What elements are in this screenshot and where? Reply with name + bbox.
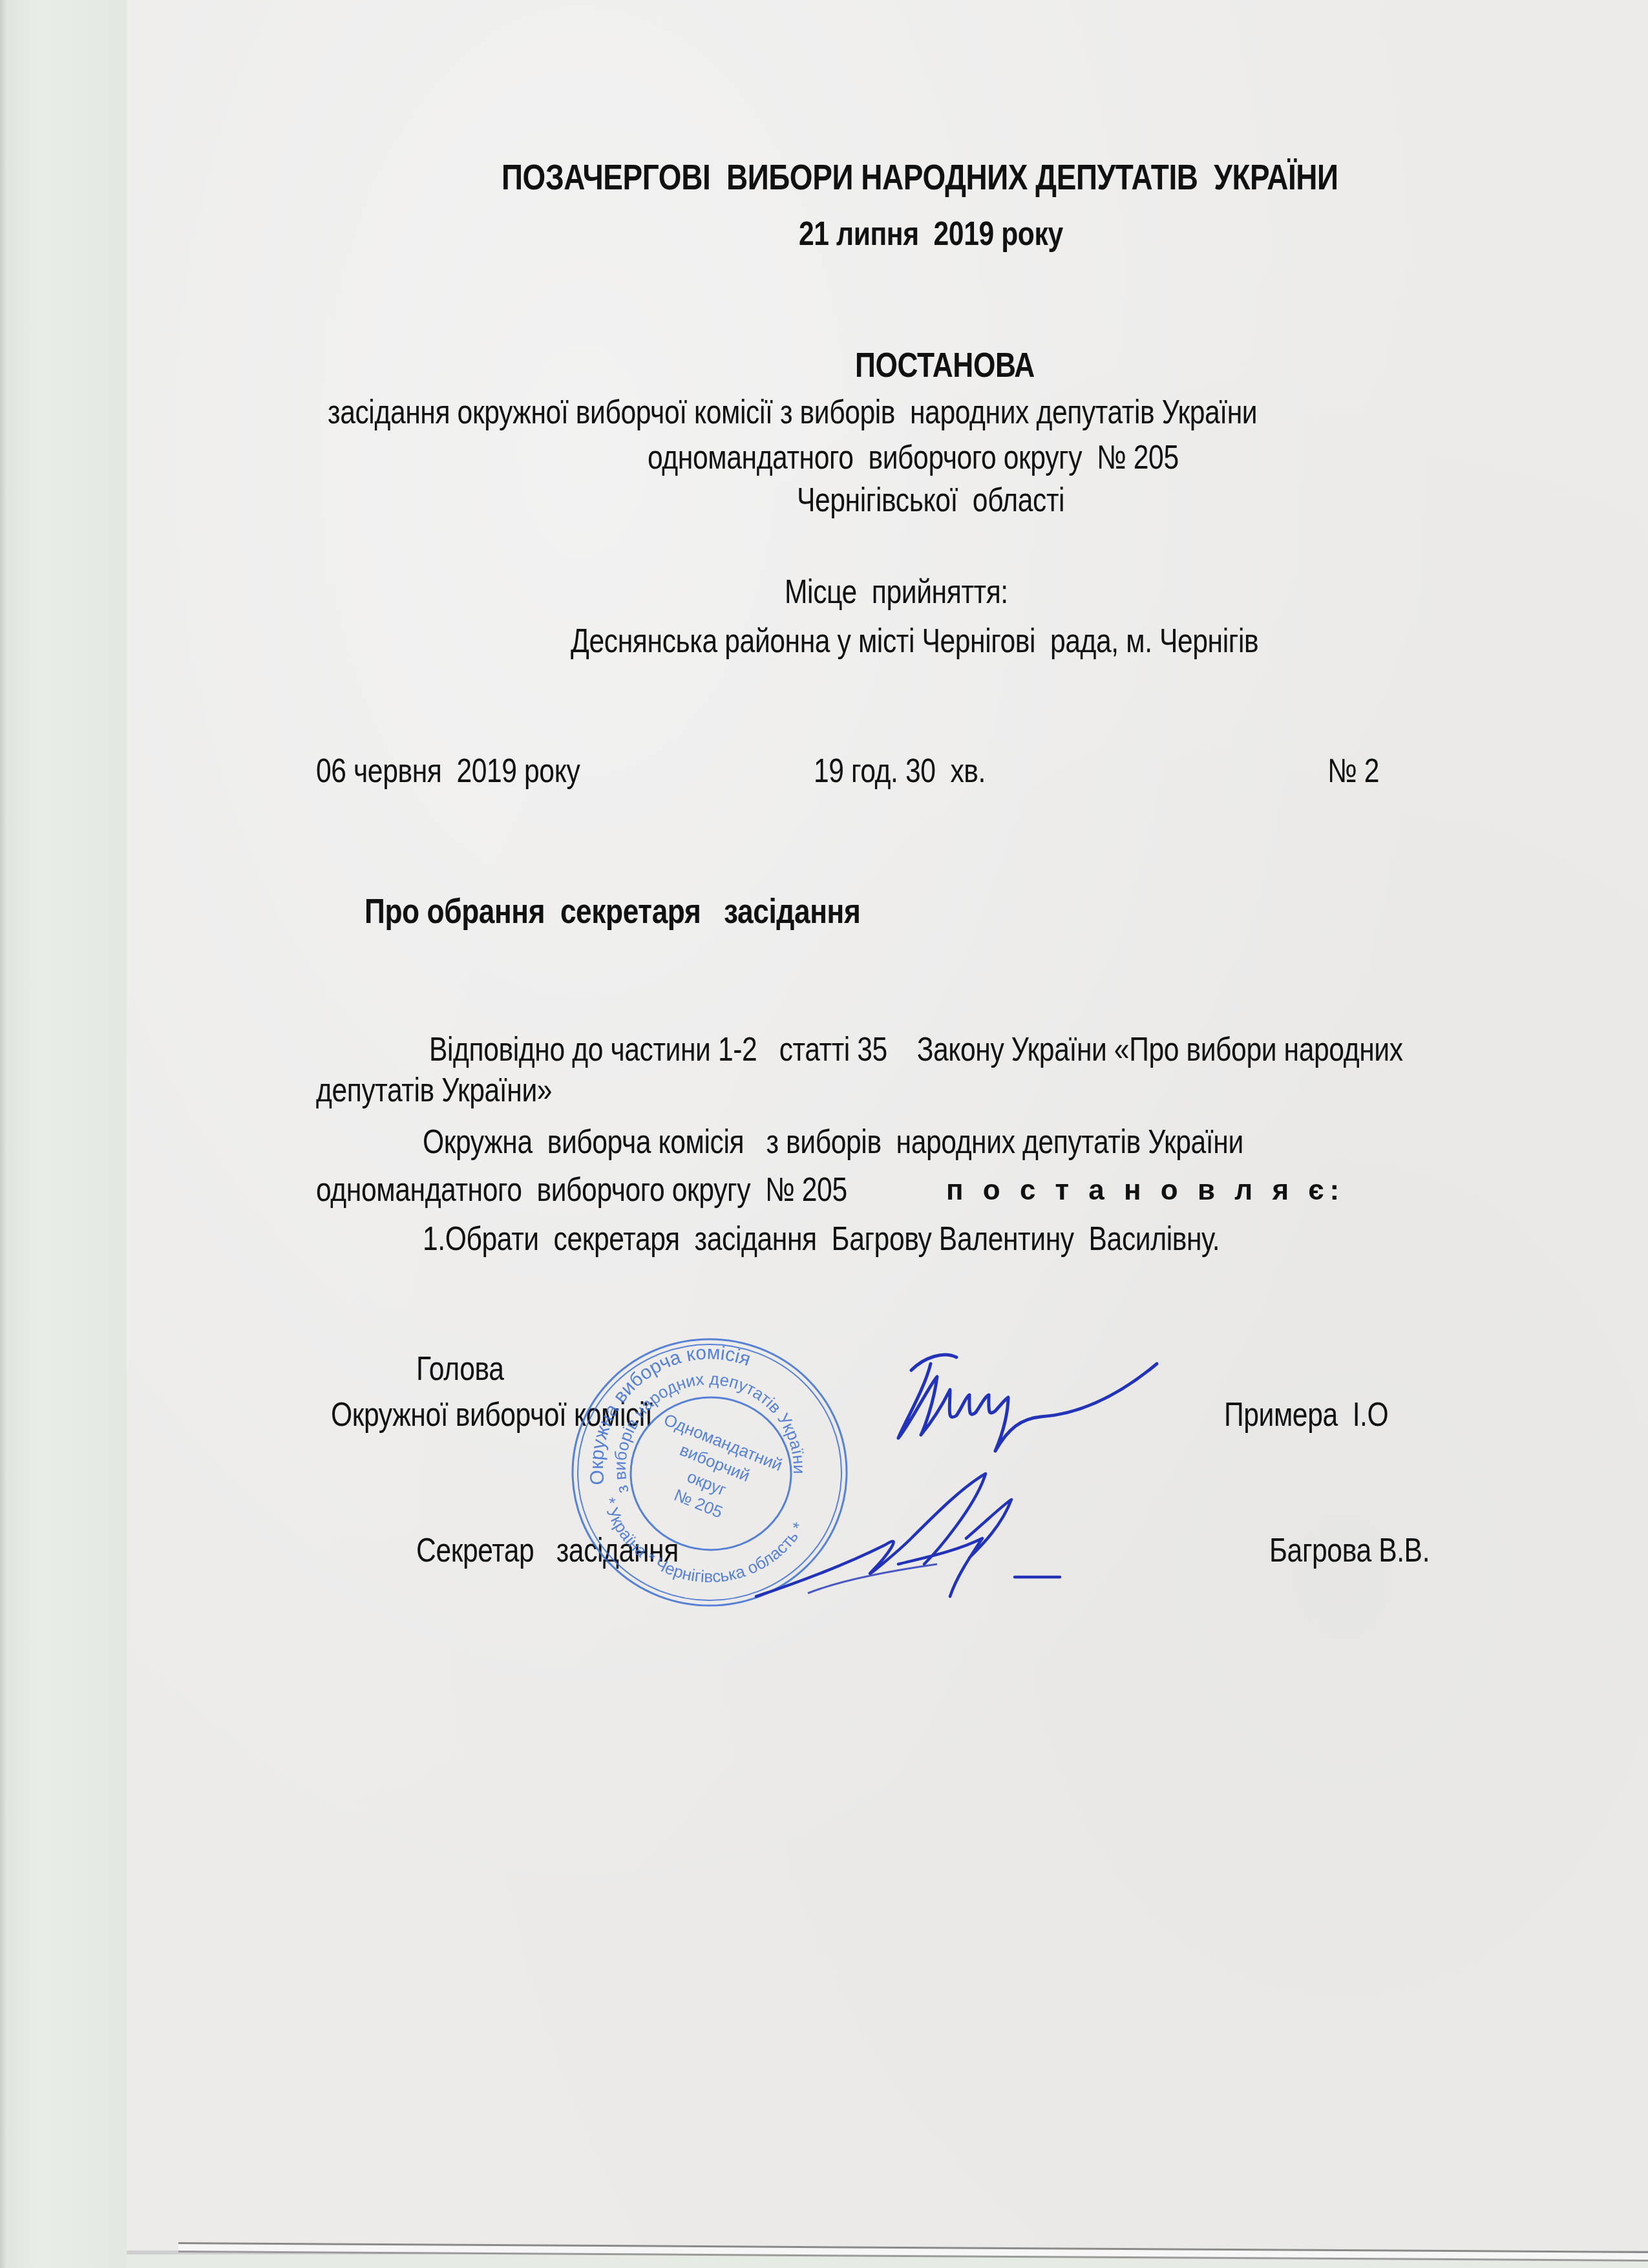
place-label: Місце прийняття: <box>785 575 1008 609</box>
basis-line1: Відповідно до частини 1-2 статті 35 Зако… <box>429 1033 1403 1066</box>
secretary-name: Багрова В.В. <box>1269 1534 1430 1567</box>
resolution-number: № 2 <box>1327 754 1379 788</box>
chair-name: Примера І.О <box>1224 1398 1388 1432</box>
resolution-doc-type: ПОСТАНОВА <box>855 348 1035 383</box>
resolution-body-line2: одномандатного виборчого округу № 205 <box>648 441 1179 474</box>
place-value: Деснянська районна у місті Чернігові рад… <box>571 624 1258 658</box>
commission-line1: Окружна виборча комісія з виборів народн… <box>423 1125 1243 1159</box>
basis-line2: депутатів України» <box>316 1074 552 1107</box>
chair-signature <box>885 1344 1221 1461</box>
chair-title-line1: Голова <box>416 1352 504 1386</box>
secretary-signature <box>743 1467 1144 1616</box>
resolution-time: 19 год. 30 хв. <box>814 754 986 788</box>
election-title: ПОЗАЧЕРГОВІ ВИБОРИ НАРОДНИХ ДЕПУТАТІВ УК… <box>502 159 1338 195</box>
election-date: 21 липня 2019 року <box>799 217 1063 251</box>
decision-item-1: 1.Обрати секретаря засідання Багрову Вал… <box>423 1222 1220 1256</box>
resolution-body-line3: Чернігівської області <box>797 483 1064 517</box>
resolution-body-line1: засідання окружної виборчої комісії з ви… <box>328 396 1257 429</box>
resolution-date: 06 червня 2019 року <box>316 754 580 788</box>
commission-line2: одномандатного виборчого округу № 205 <box>316 1173 847 1207</box>
decides-keyword: п о с т а н о в л я є: <box>946 1176 1345 1205</box>
scanner-margin <box>0 0 127 2268</box>
resolution-subject: Про обрання секретаря засідання <box>364 894 860 929</box>
